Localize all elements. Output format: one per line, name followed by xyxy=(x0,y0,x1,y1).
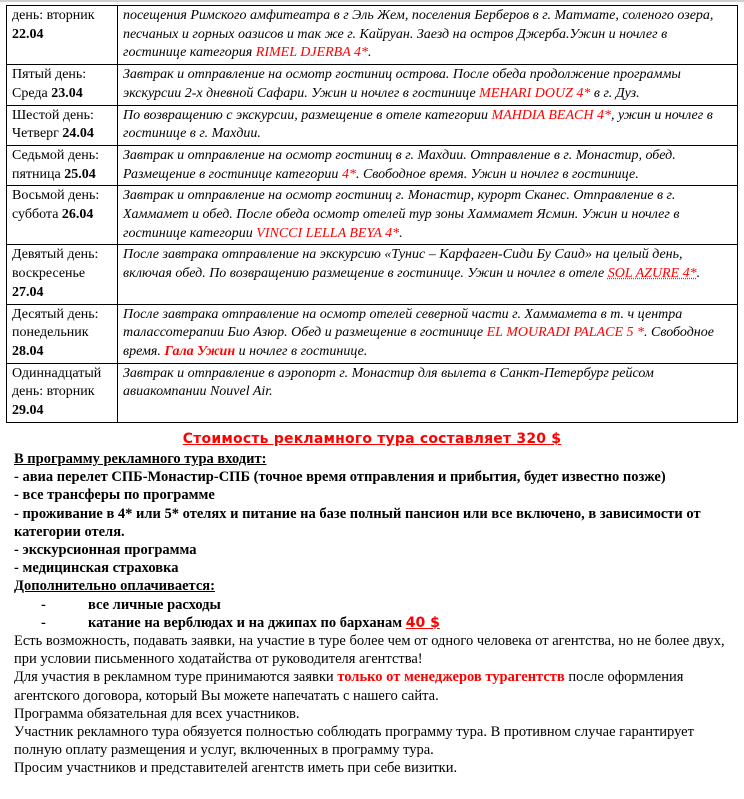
day-date: 26.04 xyxy=(62,207,94,222)
day-date: 25.04 xyxy=(64,167,96,182)
tour-price-heading: Стоимость рекламного тура составляет 320… xyxy=(0,431,744,447)
day-date: 29.04 xyxy=(12,403,44,418)
note-paragraph: Есть возможность, подавать заявки, на уч… xyxy=(14,632,739,668)
day-cell: день: вторник 22.04 xyxy=(7,6,118,65)
description-text: . xyxy=(697,266,701,281)
day-cell: Девятый день: воскресенье 27.04 xyxy=(7,245,118,304)
hotel-name: RIMEL DJERBA 4* xyxy=(256,45,368,60)
day-date: 27.04 xyxy=(12,285,44,300)
description-text: и ночлег в гостинице. xyxy=(235,344,367,359)
day-description: Завтрак и отправление на осмотр гостиниц… xyxy=(118,65,738,105)
dash: - xyxy=(41,596,88,614)
day-label: Девятый день: воскресенье xyxy=(12,247,98,281)
description-text: . xyxy=(368,45,372,60)
day-label: Одиннадцатый день: вторник xyxy=(12,366,101,400)
note-highlight: только от менеджеров турагентств xyxy=(337,669,564,685)
note-paragraph: Участник рекламного тура обязуется полно… xyxy=(14,723,739,759)
day-description: После завтрака отправление на экскурсию … xyxy=(118,245,738,304)
itinerary-table: день: вторник 22.04посещения Римского ам… xyxy=(6,5,738,423)
note-paragraph: Просим участников и представителей агент… xyxy=(14,759,739,777)
note-text: Для участия в рекламном туре принимаются… xyxy=(14,669,337,685)
day-description: Завтрак и отправление на осмотр гостиниц… xyxy=(118,186,738,245)
day-cell: Шестой день: Четверг 24.04 xyxy=(7,105,118,145)
included-item: - все трансферы по программе xyxy=(14,486,739,504)
highlight-text: Гала Ужин xyxy=(164,344,235,359)
extra-item-price: 40 $ xyxy=(406,615,440,631)
day-cell: Десятый день: понедельник 28.04 xyxy=(7,304,118,363)
included-item: - проживание в 4* или 5* отелях и питани… xyxy=(14,505,739,541)
day-cell: Одиннадцатый день: вторник 29.04 xyxy=(7,363,118,422)
day-date: 23.04 xyxy=(51,86,83,101)
day-cell: Седьмой день: пятница 25.04 xyxy=(7,145,118,185)
day-label: Десятый день: понедельник xyxy=(12,307,99,341)
extra-item-text: все личные расходы xyxy=(88,597,221,613)
included-item: - экскурсионная программа xyxy=(14,541,739,559)
description-text: . Свободное время. Ужин и ночлег в гости… xyxy=(356,167,639,182)
hotel-name: MEHARI DOUZ 4* xyxy=(479,86,590,101)
hotel-name: 4* xyxy=(342,167,356,182)
top-divider xyxy=(0,0,744,2)
itinerary-row: Девятый день: воскресенье 27.04После зав… xyxy=(7,245,738,304)
description-text: По возвращению с экскурсии, размещение в… xyxy=(123,108,491,123)
hotel-name: EL MOURADI PALACE 5 * xyxy=(487,325,644,340)
itinerary-row: Десятый день: понедельник 28.04После зав… xyxy=(7,304,738,363)
day-description: По возвращению с экскурсии, размещение в… xyxy=(118,105,738,145)
extra-item: -все личные расходы xyxy=(14,596,739,614)
extra-heading: Дополнительно оплачивается: xyxy=(14,577,739,595)
note-paragraph: Для участия в рекламном туре принимаются… xyxy=(14,668,739,704)
itinerary-row: Одиннадцатый день: вторник 29.04Завтрак … xyxy=(7,363,738,422)
description-text: После завтрака отправление на экскурсию … xyxy=(123,247,682,281)
day-description: Завтрак и отправление на осмотр гостиниц… xyxy=(118,145,738,185)
day-date: 28.04 xyxy=(12,344,44,359)
day-date: 22.04 xyxy=(12,27,44,42)
extra-item-text: катание на верблюдах и на джипах по барх… xyxy=(88,615,406,631)
description-text: в г. Дуз. xyxy=(590,86,639,101)
day-date: 24.04 xyxy=(62,126,94,141)
day-description: После завтрака отправление на осмотр оте… xyxy=(118,304,738,363)
day-cell: Пятый день: Среда 23.04 xyxy=(7,65,118,105)
included-item: - медицинская страховка xyxy=(14,559,739,577)
day-description: Завтрак и отправление в аэропорт г. Мона… xyxy=(118,363,738,422)
day-label: день: вторник xyxy=(12,8,95,23)
itinerary-row: Седьмой день: пятница 25.04Завтрак и отп… xyxy=(7,145,738,185)
included-heading: В программу рекламного тура входит: xyxy=(14,450,739,468)
note-paragraph: Программа обязательная для всех участник… xyxy=(14,705,739,723)
extra-item: -катание на верблюдах и на джипах по бар… xyxy=(14,614,739,632)
day-description: посещения Римского амфитеатра в г Эль Же… xyxy=(118,6,738,65)
hotel-name: MAHDIA BEACH 4* xyxy=(491,108,611,123)
itinerary-row: Пятый день: Среда 23.04Завтрак и отправл… xyxy=(7,65,738,105)
dash: - xyxy=(41,614,88,632)
hotel-name: SOL AZURE 4* xyxy=(608,266,697,281)
day-cell: Восьмой день: суббота 26.04 xyxy=(7,186,118,245)
itinerary-row: день: вторник 22.04посещения Римского ам… xyxy=(7,6,738,65)
itinerary-row: Шестой день: Четверг 24.04По возвращению… xyxy=(7,105,738,145)
description-text: посещения Римского амфитеатра в г Эль Же… xyxy=(123,8,713,60)
tour-conditions: В программу рекламного тура входит: - ав… xyxy=(14,450,739,778)
included-item: - авиа перелет СПБ-Монастир-СПБ (точное … xyxy=(14,468,739,486)
itinerary-row: Восьмой день: суббота 26.04Завтрак и отп… xyxy=(7,186,738,245)
description-text: Завтрак и отправление в аэропорт г. Мона… xyxy=(123,366,654,400)
description-text: . xyxy=(399,226,403,241)
hotel-name: VINCCI LELLA BEYA 4* xyxy=(256,226,399,241)
